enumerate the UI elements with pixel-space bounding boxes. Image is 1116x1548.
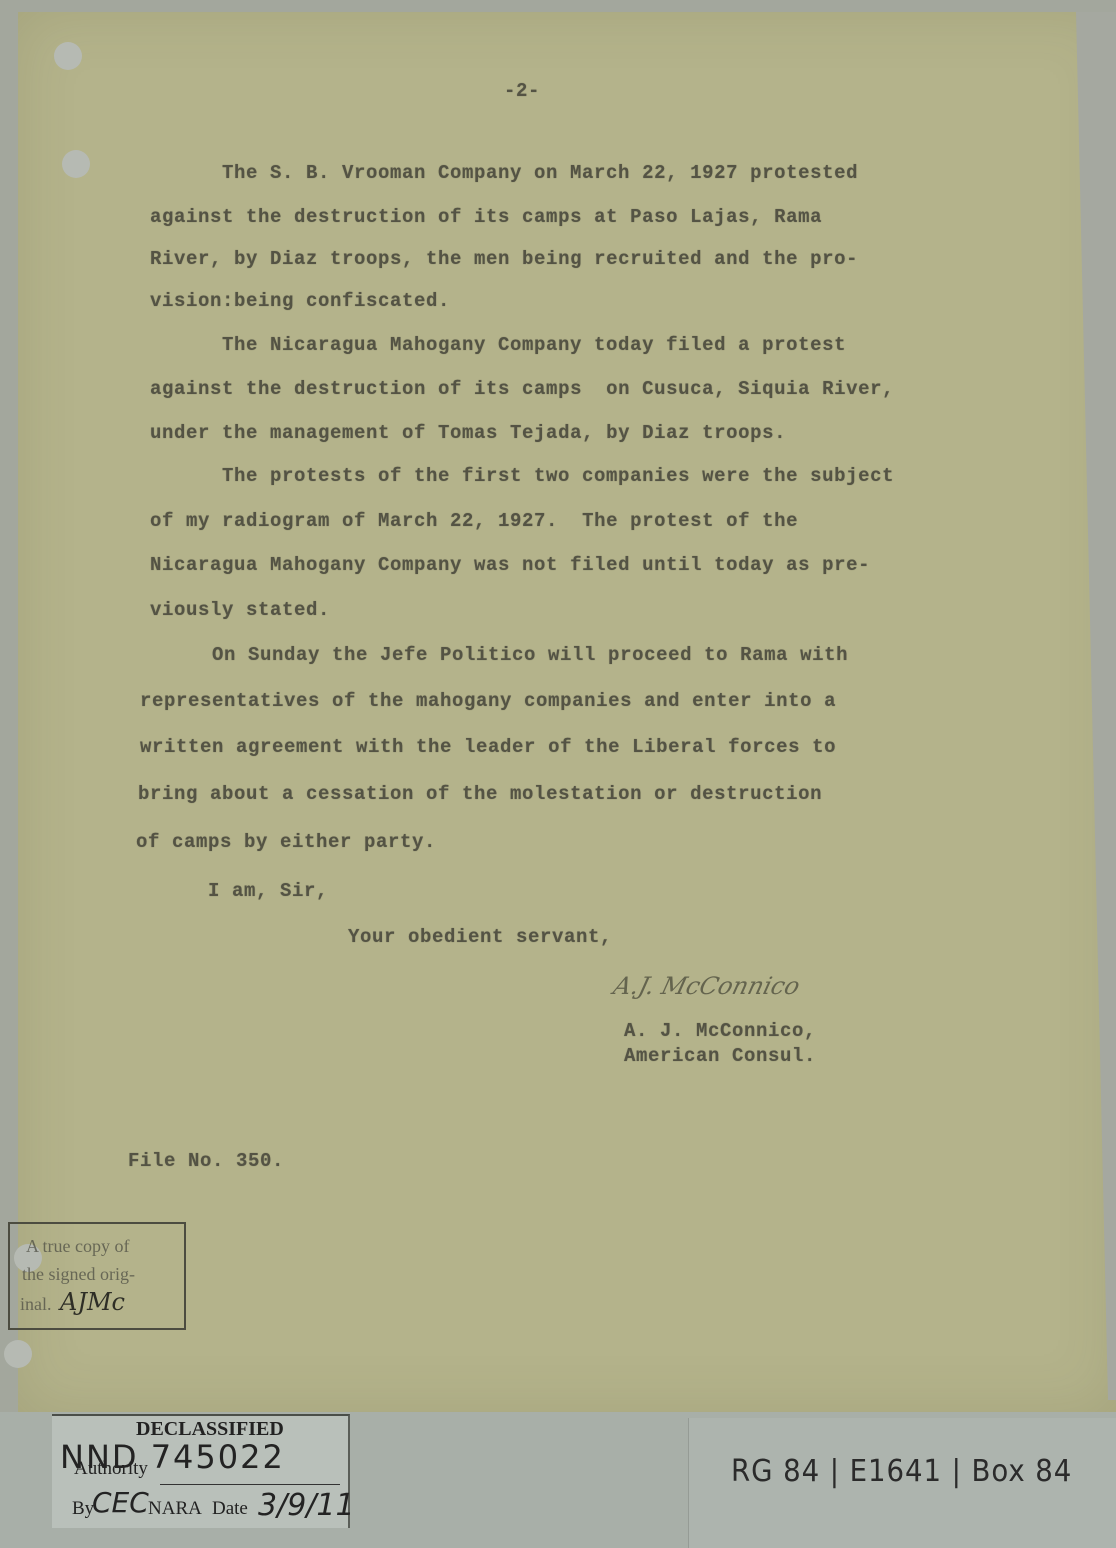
text-line: The Nicaragua Mahogany Company today fil… bbox=[150, 334, 846, 356]
text-line: of my radiogram of March 22, 1927. The p… bbox=[150, 510, 798, 532]
salutation: I am, Sir, bbox=[208, 880, 328, 902]
stamp-initials: AJMc bbox=[60, 1288, 125, 1316]
handwritten-signature: A.J. McConnico bbox=[611, 972, 803, 1000]
by-label: By bbox=[72, 1498, 94, 1520]
text-line: River, by Diaz troops, the men being rec… bbox=[150, 248, 858, 270]
archive-label: RG 84 | E1641 | Box 84 bbox=[688, 1418, 1116, 1548]
archive-reference: RG 84 | E1641 | Box 84 bbox=[731, 1454, 1072, 1489]
stamp-line: the signed orig- bbox=[22, 1264, 135, 1285]
text-line: viously stated. bbox=[150, 599, 330, 621]
hole-punch-icon bbox=[4, 1340, 32, 1368]
hole-punch-icon bbox=[54, 42, 82, 70]
date-value: 3/9/11 bbox=[258, 1488, 355, 1523]
agency-label: NARA bbox=[148, 1498, 202, 1520]
stamp-line: inal. bbox=[20, 1294, 52, 1315]
text-line: representatives of the mahogany companie… bbox=[140, 690, 836, 712]
text-line: against the destruction of its camps on … bbox=[150, 378, 894, 400]
authority-value: NND 745022 bbox=[60, 1438, 285, 1476]
date-label: Date bbox=[212, 1498, 248, 1520]
stamp-line: A true copy of bbox=[26, 1236, 129, 1257]
text-line: The S. B. Vrooman Company on March 22, 1… bbox=[150, 162, 858, 184]
text-line: The protests of the first two companies … bbox=[150, 465, 894, 487]
text-line: against the destruction of its camps at … bbox=[150, 206, 822, 228]
declassified-label: DECLASSIFIED Authority NND 745022 By CEC… bbox=[52, 1414, 350, 1528]
text-line: vision:being confiscated. bbox=[150, 290, 450, 312]
signer-title: American Consul. bbox=[624, 1045, 816, 1067]
file-number: File No. 350. bbox=[128, 1150, 284, 1172]
by-value: CEC bbox=[92, 1486, 149, 1519]
complimentary-close: Your obedient servant, bbox=[348, 926, 612, 948]
signer-name: A. J. McConnico, bbox=[624, 1020, 816, 1042]
text-line: Nicaragua Mahogany Company was not filed… bbox=[150, 554, 870, 576]
text-line: of camps by either party. bbox=[136, 831, 436, 853]
text-line: under the management of Tomas Tejada, by… bbox=[150, 422, 786, 444]
text-line: bring about a cessation of the molestati… bbox=[138, 783, 822, 805]
hole-punch-icon bbox=[62, 150, 90, 178]
authority-underline bbox=[160, 1484, 340, 1485]
text-line: On Sunday the Jefe Politico will proceed… bbox=[140, 644, 848, 666]
text-line: written agreement with the leader of the… bbox=[140, 736, 836, 758]
page-number: -2- bbox=[504, 80, 540, 102]
